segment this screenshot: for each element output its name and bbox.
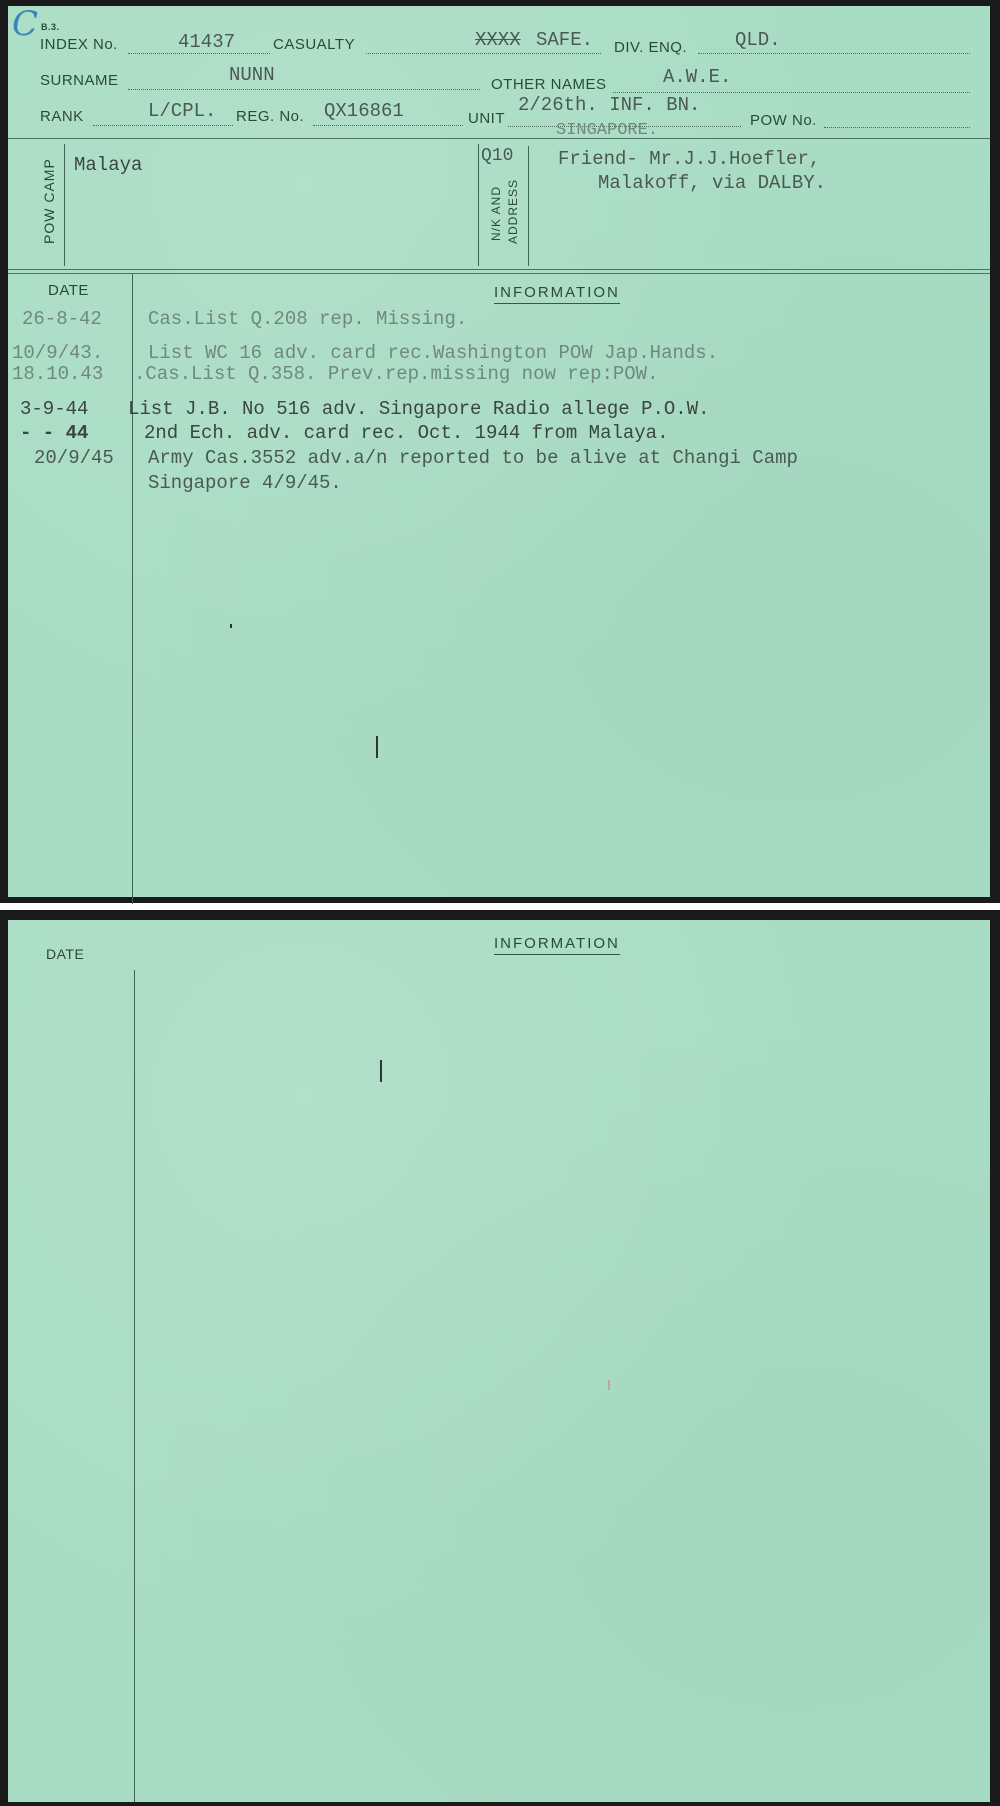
pow-no-dotted-line [824,127,970,128]
pow-camp-divider [64,144,65,266]
index-card-front: C B.3. INDEX No. 41437 CASUALTY XXXX SAF… [0,0,1000,903]
casualty-struck-text: XXXX [475,29,521,51]
paper-stain [608,1380,610,1390]
log-date-2: 10/9/43. [12,342,103,364]
log-date-3: 18.10.43 [12,363,103,385]
surname-value: NUNN [229,64,275,86]
pow-camp-value: Malaya [74,154,142,176]
paper-speck [376,736,378,758]
rank-dotted-line [93,125,233,126]
casualty-dotted-line [366,53,601,54]
log-info-2: List WC 16 adv. card rec.Washington POW … [148,342,718,364]
unit-label: UNIT [468,110,505,127]
casualty-label: CASUALTY [273,36,355,53]
form-code: B.3. [41,22,60,32]
log-date-1: 26-8-42 [22,308,102,330]
unit-value-line1: 2/26th. INF. BN. [518,94,700,116]
log-separator-lower [8,273,990,274]
date-column-divider [134,970,135,1802]
header-separator [8,138,990,139]
other-names-value: A.W.E. [663,66,731,88]
div-enq-value: QLD. [735,29,781,51]
nok-label-line1: N/K AND [489,186,503,241]
paper-speck [230,624,232,628]
nok-left-divider [478,144,479,266]
card-paper: C B.3. INDEX No. 41437 CASUALTY XXXX SAF… [8,6,990,897]
log-info-6: Army Cas.3552 adv.a/n reported to be ali… [148,447,798,469]
index-card-back: DATE INFORMATION [0,910,1000,1806]
log-info-1: Cas.List Q.208 rep. Missing. [148,308,467,330]
div-enq-label: DIV. ENQ. [614,39,687,56]
index-dotted-line [128,53,270,54]
other-names-label: OTHER NAMES [491,76,607,93]
log-date-5: - - 44 [20,422,88,444]
pow-no-label: POW No. [750,112,817,129]
log-date-6: 20/9/45 [34,447,114,469]
pen-check-mark: C [12,4,38,44]
reg-no-label: REG. No. [236,108,304,125]
casualty-value: SAFE. [536,29,593,51]
index-value: 41437 [178,31,235,53]
surname-dotted-line [128,89,480,90]
pow-camp-label: POW CAMP [41,158,57,244]
log-info-7: Singapore 4/9/45. [148,472,342,494]
log-info-5: 2nd Ech. adv. card rec. Oct. 1944 from M… [144,422,669,444]
date-header: DATE [48,282,89,299]
paper-speck [380,1060,382,1082]
nok-address-line2: Malakoff, via DALBY. [598,172,826,194]
surname-label: SURNAME [40,72,119,89]
rank-value: L/CPL. [148,100,216,122]
log-info-4: List J.B. No 516 adv. Singapore Radio al… [128,398,710,420]
index-label: INDEX No. [40,36,118,53]
nok-code: Q10 [481,146,513,166]
log-date-4: 3-9-44 [20,398,88,420]
reg-no-dotted-line [313,125,463,126]
information-header: INFORMATION [494,284,620,304]
date-column-divider [132,274,133,904]
reg-no-value: QX16861 [324,100,404,122]
nok-label-line2: ADDRESS [506,179,520,244]
div-enq-dotted-line [698,53,970,54]
other-names-dotted-line [613,92,970,93]
log-info-3: .Cas.List Q.358. Prev.rep.missing now re… [134,363,659,385]
information-header: INFORMATION [494,935,620,955]
nok-address-line1: Friend- Mr.J.J.Hoefler, [558,148,820,170]
card-paper: DATE INFORMATION [8,920,990,1802]
date-header: DATE [46,946,84,962]
rank-label: RANK [40,108,84,125]
log-separator-upper [8,269,990,270]
nok-right-divider [528,146,529,266]
